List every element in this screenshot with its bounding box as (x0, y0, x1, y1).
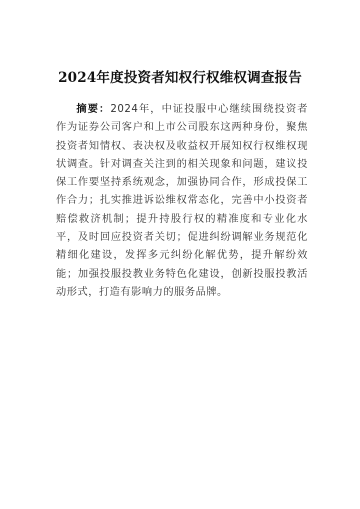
document-title: 2024年度投资者知权行权维权调查报告 (0, 66, 360, 86)
abstract-label: 摘要： (76, 103, 110, 115)
document-page: 2024年度投资者知权行权维权调查报告 摘要：2024年，中证投服中心继续围绕投… (0, 0, 360, 509)
abstract-text: 2024年，中证投服中心继续围绕投资者作为证券公司客户和上市公司股东这两种身份，… (56, 104, 308, 298)
abstract-paragraph: 摘要：2024年，中证投服中心继续围绕投资者作为证券公司客户和上市公司股东这两种… (56, 100, 308, 302)
